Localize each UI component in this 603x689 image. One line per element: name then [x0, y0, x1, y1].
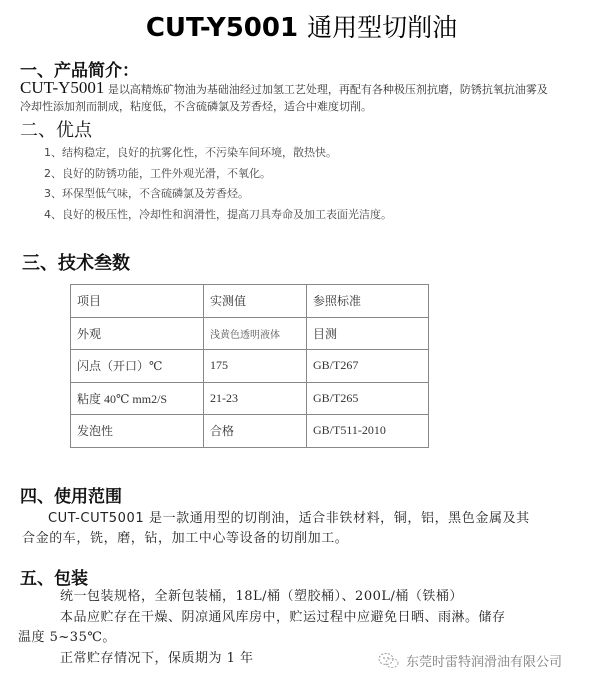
section-heading-usage: 四、使用范围	[20, 482, 122, 507]
table-row: 闪点（开口）℃ 175 GB/T267	[71, 350, 429, 383]
table-cell: 发泡性	[71, 415, 204, 448]
section-heading-specs: 三、技术叁数	[22, 249, 130, 275]
table-header-cell: 参照标准	[307, 285, 429, 318]
table-cell: 闪点（开口）℃	[71, 350, 204, 383]
document-title: CUT-Y5001 通用型切削油	[0, 8, 603, 44]
usage-model: CUT-CUT5001	[48, 511, 144, 526]
advantages-list: 1、结构稳定，良好的抗雾化性，不污染车间环境，散热快。 2、良好的防锈功能，工件…	[44, 143, 392, 225]
wechat-icon	[378, 652, 400, 670]
title-model: CUT-Y5001	[146, 13, 298, 43]
table-cell: 175	[204, 350, 307, 383]
table-row: 粘度 40℃ mm2/S 21-23 GB/T265	[71, 382, 429, 415]
table-cell: 21-23	[204, 382, 307, 415]
table-header-row: 项目 实测值 参照标准	[71, 285, 429, 318]
table-cell: GB/T265	[307, 382, 429, 415]
intro-text-line2: 冷却性添加剂而制成，粘度低，不含硫磷氯及芳香烃，适合中难度切削。	[20, 98, 600, 115]
intro-model: CUT-Y5001	[20, 78, 104, 97]
usage-paragraph: CUT-CUT5001 是一款通用型的切削油，适合非铁材料，铜，铝，黑色金属及其…	[22, 509, 597, 549]
advantage-item: 3、环保型低气味，不含硫磷氯及芳香烃。	[44, 184, 392, 205]
watermark: 东莞时雷特润滑油有限公司	[378, 651, 562, 670]
packaging-line: 统一包装规格，全新包装桶，18L/桶（塑胶桶）、200L/桶（铁桶）	[18, 587, 598, 608]
advantage-item: 1、结构稳定，良好的抗雾化性，不污染车间环境，散热快。	[44, 143, 392, 164]
table-cell: 粘度 40℃ mm2/S	[71, 382, 204, 415]
section-heading-packaging: 五、包装	[20, 564, 88, 589]
table-header-cell: 项目	[71, 285, 204, 318]
packaging-line: 本品应贮存在干燥、阴凉通风库房中，贮运过程中应避免日晒、雨淋。储存	[18, 608, 598, 629]
table-cell: 外观	[71, 317, 204, 350]
watermark-text: 东莞时雷特润滑油有限公司	[406, 651, 562, 670]
table-header-cell: 实测值	[204, 285, 307, 318]
intro-paragraph: CUT-Y5001 是以高精炼矿物油为基础油经过加氢工艺处理，再配有各种极压剂抗…	[20, 79, 600, 115]
usage-text-line2: 合金的车，铣，磨，钻，加工中心等设备的切削加工。	[22, 531, 348, 546]
packaging-line: 温度 5~35℃。	[18, 628, 598, 649]
table-cell: GB/T511-2010	[307, 415, 429, 448]
section-heading-advantages: 二、优点	[20, 116, 92, 142]
advantage-item: 4、良好的极压性，冷却性和润滑性，提高刀具寿命及加工表面光洁度。	[44, 205, 392, 226]
table-row: 发泡性 合格 GB/T511-2010	[71, 415, 429, 448]
spec-table: 项目 实测值 参照标准 外观 浅黄色透明液体 目测 闪点（开口）℃ 175 GB…	[70, 284, 429, 448]
usage-text-line1: 是一款通用型的切削油，适合非铁材料，铜，铝，黑色金属及其	[144, 511, 530, 526]
table-cell: GB/T267	[307, 350, 429, 383]
table-cell: 浅黄色透明液体	[204, 317, 307, 350]
table-row: 外观 浅黄色透明液体 目测	[71, 317, 429, 350]
title-name: 通用型切削油	[307, 13, 457, 42]
advantage-item: 2、良好的防锈功能，工件外观光滑，不氧化。	[44, 164, 392, 185]
table-cell: 目测	[307, 317, 429, 350]
intro-text-line1: 是以高精炼矿物油为基础油经过加氢工艺处理，再配有各种极压剂抗磨，防锈抗氧抗油雾及	[104, 83, 548, 96]
table-cell: 合格	[204, 415, 307, 448]
